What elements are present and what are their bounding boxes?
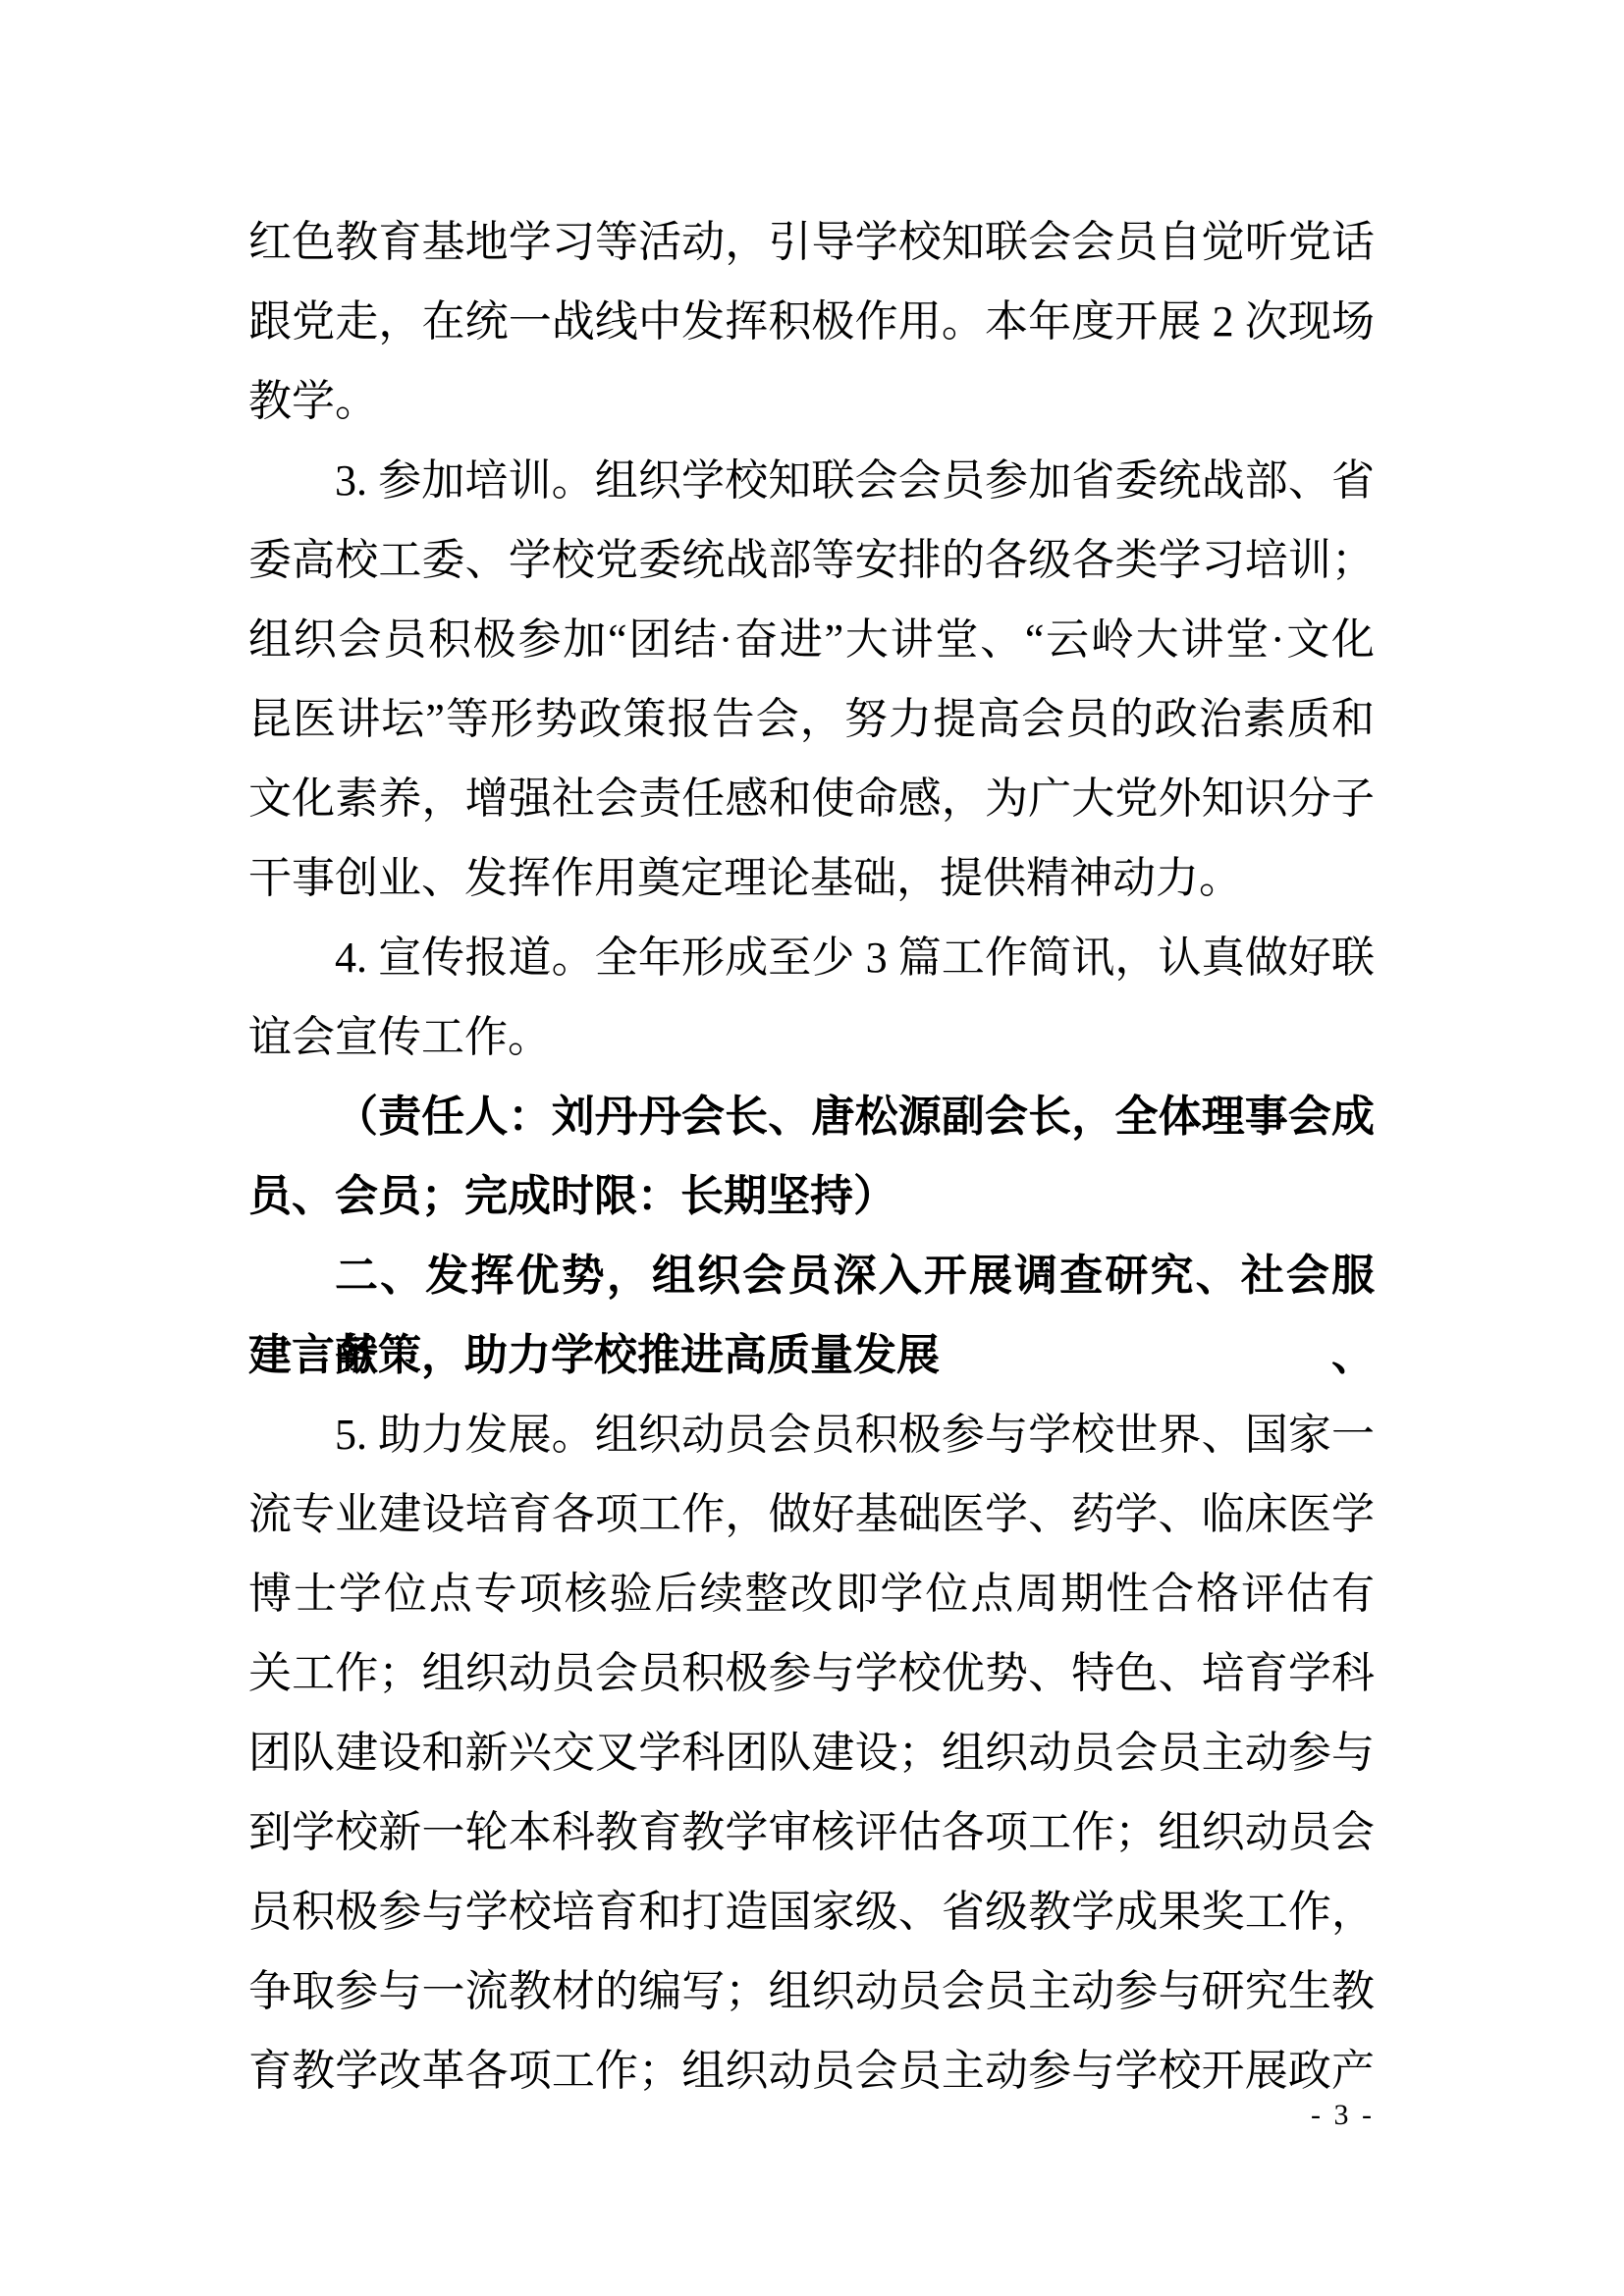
- text-line: 组织会员积极参加“团结·奋进”大讲堂、“云岭大讲堂·文化: [248, 600, 1375, 679]
- text-line: 5. 助力发展。组织动员会员积极参与学校世界、国家一: [248, 1395, 1375, 1474]
- text-line: 到学校新一轮本科教育教学审核评估各项工作；组织动员会: [248, 1792, 1375, 1872]
- text-line: 团队建设和新兴交叉学科团队建设；组织动员会员主动参与: [248, 1713, 1375, 1792]
- text-line: 流专业建设培育各项工作，做好基础医学、药学、临床医学: [248, 1474, 1375, 1554]
- text-line: 昆医讲坛”等形势政策报告会，努力提高会员的政治素质和: [248, 679, 1375, 759]
- page-number: - 3 -: [248, 2099, 1375, 2132]
- section-heading: 二、发挥优势，组织会员深入开展调查研究、社会服务、 建言献策，助力学校推进高质量…: [248, 1236, 1375, 1395]
- text-line: 跟党走，在统一战线中发挥积极作用。本年度开展 2 次现场: [248, 282, 1375, 361]
- text-line: 二、发挥优势，组织会员深入开展调查研究、社会服务、: [248, 1236, 1375, 1315]
- text-line: 委高校工委、学校党委统战部等安排的各级各类学习培训；: [248, 520, 1375, 600]
- text-line: （责任人：刘丹丹会长、唐松源副会长，全体理事会成: [248, 1077, 1375, 1156]
- paragraph: 3. 参加培训。组织学校知联会会员参加省委统战部、省 委高校工委、学校党委统战部…: [248, 441, 1375, 918]
- text-line: 文化素养，增强社会责任感和使命感，为广大党外知识分子: [248, 759, 1375, 838]
- text-line: 博士学位点专项核验后续整改即学位点周期性合格评估有: [248, 1554, 1375, 1633]
- text-line: 员积极参与学校培育和打造国家级、省级教学成果奖工作，: [248, 1872, 1375, 1951]
- text-line: 4. 宣传报道。全年形成至少 3 篇工作简讯，认真做好联: [248, 918, 1375, 997]
- text-line: 干事创业、发挥作用奠定理论基础，提供精神动力。: [248, 838, 1375, 918]
- paragraph: 4. 宣传报道。全年形成至少 3 篇工作简讯，认真做好联 谊会宣传工作。: [248, 918, 1375, 1077]
- text-line: 谊会宣传工作。: [248, 997, 1375, 1077]
- text-line: 红色教育基地学习等活动，引导学校知联会会员自觉听党话: [248, 202, 1375, 282]
- paragraph-responsibility: （责任人：刘丹丹会长、唐松源副会长，全体理事会成 员、会员；完成时限：长期坚持）: [248, 1077, 1375, 1236]
- text-line: 员、会员；完成时限：长期坚持）: [248, 1156, 1375, 1236]
- paragraph: 红色教育基地学习等活动，引导学校知联会会员自觉听党话 跟党走，在统一战线中发挥积…: [248, 202, 1375, 441]
- document-body: 红色教育基地学习等活动，引导学校知联会会员自觉听党话 跟党走，在统一战线中发挥积…: [248, 202, 1375, 2110]
- paragraph: 5. 助力发展。组织动员会员积极参与学校世界、国家一 流专业建设培育各项工作，做…: [248, 1395, 1375, 2110]
- text-line: 教学。: [248, 361, 1375, 441]
- text-line: 关工作；组织动员会员积极参与学校优势、特色、培育学科: [248, 1633, 1375, 1713]
- text-line: 3. 参加培训。组织学校知联会会员参加省委统战部、省: [248, 441, 1375, 520]
- text-line: 争取参与一流教材的编写；组织动员会员主动参与研究生教: [248, 1951, 1375, 2031]
- document-page: 红色教育基地学习等活动，引导学校知联会会员自觉听党话 跟党走，在统一战线中发挥积…: [0, 0, 1624, 2296]
